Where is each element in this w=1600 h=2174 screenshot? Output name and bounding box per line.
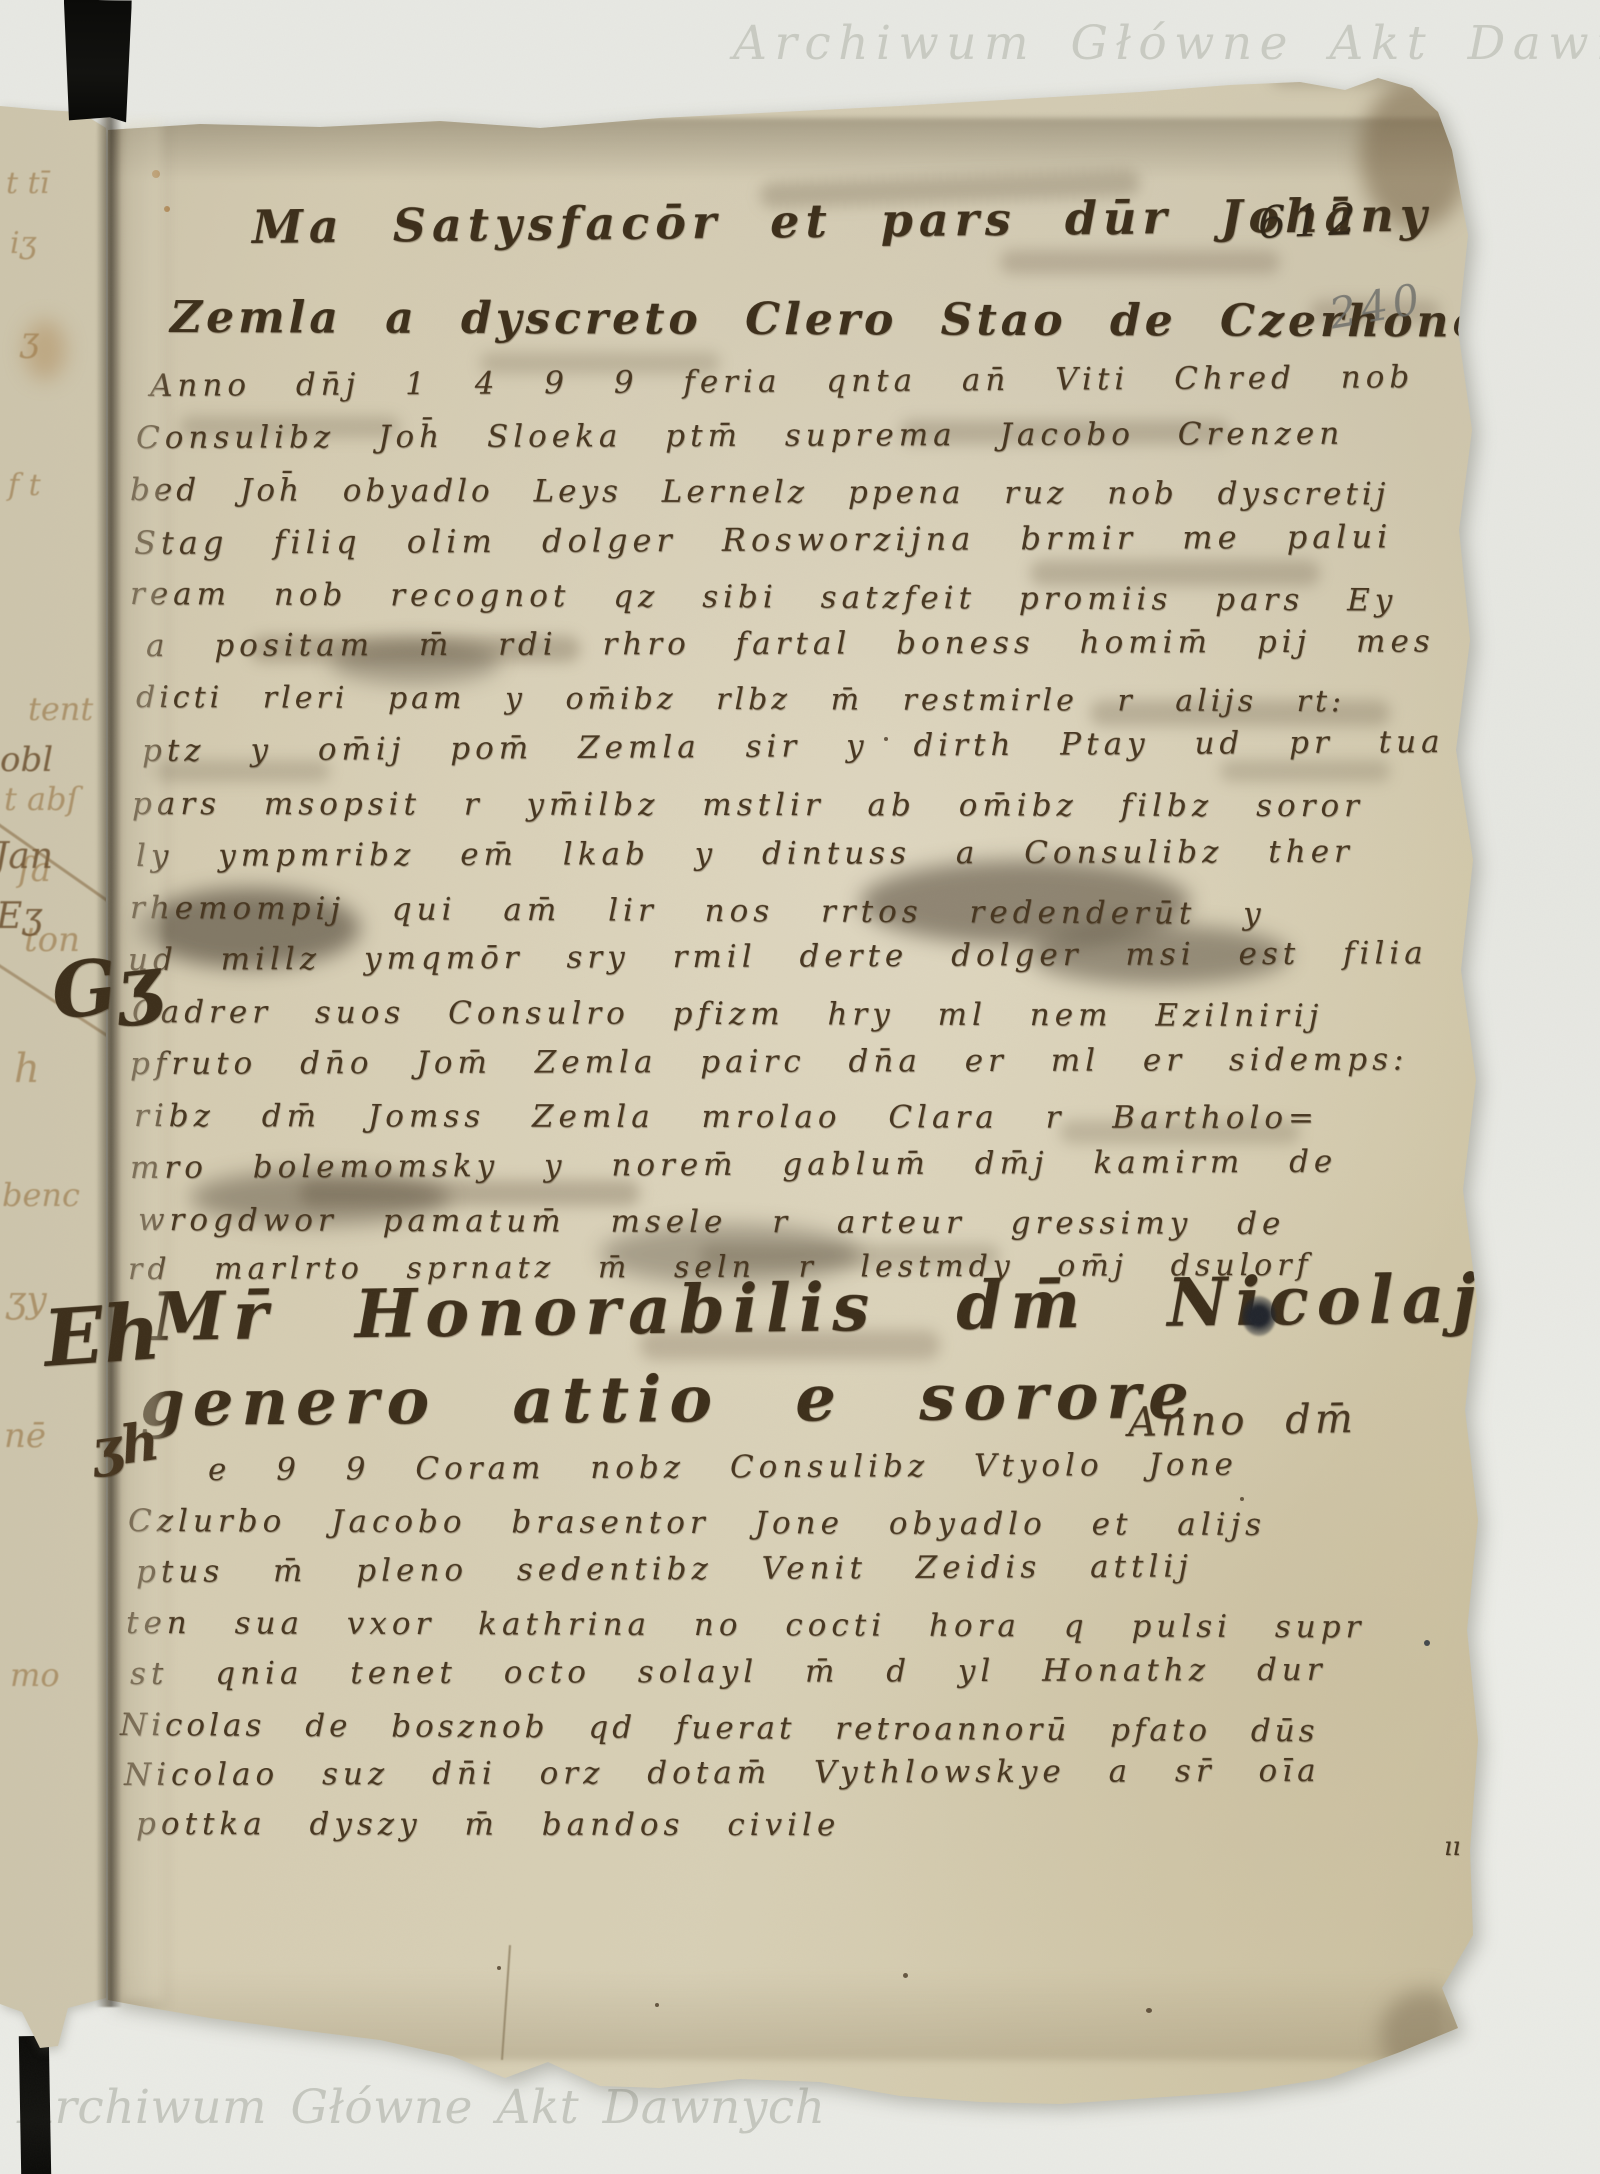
manuscript-line: pottka dyszy m̄ bandos civile bbox=[136, 1806, 840, 1843]
bottom-edge-shading bbox=[120, 1970, 1440, 2060]
manuscript-line: rhemompij qui am̄ lir nos rrtos redender… bbox=[130, 890, 1266, 932]
showthrough-mark bbox=[1000, 250, 1280, 274]
manuscript-line: ud millz ymqmōr sry rmil derte dolger ms… bbox=[128, 935, 1428, 978]
entry1-heading-line: Ma Satysfacōr et pars dūr Johāny bbox=[252, 188, 1433, 254]
entry2-heading-suffix: Anno dm̄ bbox=[1128, 1396, 1358, 1446]
entry2-heading-line: genero attio e sorore bbox=[140, 1359, 1197, 1441]
dirt-speck bbox=[1146, 2008, 1152, 2013]
edge-tick-mark: ıı bbox=[1444, 1832, 1461, 1862]
showthrough-mark bbox=[1220, 760, 1390, 782]
manuscript-line: ribz dm̄ Jomss Zemla mrolao Clara r Bart… bbox=[134, 1098, 1319, 1136]
ink-blot bbox=[1242, 1296, 1276, 1336]
manuscript-page: Ma Satysfacōr et pars dūr Johāny Zemla a… bbox=[0, 0, 1600, 2174]
manuscript-line: Nicolas de bosznob qd fuerat retroannorū… bbox=[120, 1707, 1319, 1749]
manuscript-line: a positam m̄ rdi rhro fartal boness homi… bbox=[146, 624, 1435, 664]
manuscript-line: Anno dn̄j 1 4 9 9 feria qnta an̄ Viti Ch… bbox=[150, 359, 1414, 404]
top-edge-shading bbox=[108, 118, 1468, 180]
margin-flourish: Gʒ bbox=[47, 937, 164, 1037]
dirt-speck bbox=[655, 2003, 659, 2007]
dirt-speck bbox=[903, 1973, 908, 1978]
manuscript-line: Stag filiq olim dolger Rosworzijna brmir… bbox=[134, 517, 1393, 562]
manuscript-line: ream nob recognot qz sibi satzfeit promi… bbox=[130, 576, 1397, 619]
folio-number-ink: 612 bbox=[1257, 194, 1364, 249]
manuscript-line: ten sua vxor kathrina no cocti hora q pu… bbox=[126, 1605, 1366, 1645]
manuscript-line: Cadrer suos Consulro pfizm hry ml nem Ez… bbox=[132, 994, 1323, 1034]
manuscript-line: Nicolao suz dn̄i orz dotam̄ Vythlowskye … bbox=[124, 1753, 1321, 1793]
manuscript-line: pfruto dn̄o Jom̄ Zemla pairc dn̄a er ml … bbox=[130, 1042, 1409, 1082]
showthrough-mark bbox=[1270, 60, 1420, 86]
manuscript-line: ptus m̄ pleno sedentibz Venit Zeidis att… bbox=[136, 1548, 1193, 1590]
margin-flourish: Eh bbox=[41, 1286, 163, 1385]
manuscript-line: wrogdwor pamatum̄ msele r arteur gressim… bbox=[138, 1202, 1285, 1242]
rust-speck bbox=[164, 206, 170, 212]
manuscript-line: pars msopsit r ym̄ilbz mstlir ab om̄ibz … bbox=[132, 786, 1364, 824]
corner-fold-bottom-right bbox=[1380, 1990, 1470, 2080]
archive-scan: Archiwum Główne Akt Dawnych Archiwum Głó… bbox=[0, 0, 1600, 2174]
manuscript-line: bed Joh̄ obyadlo Leys Lernelz ppena ruz … bbox=[130, 472, 1389, 512]
binding-tape-top bbox=[62, 0, 132, 122]
margin-flourish: ʒh bbox=[88, 1411, 163, 1481]
gutter-highlight bbox=[122, 120, 162, 2000]
dirt-speck bbox=[1240, 1497, 1244, 1501]
manuscript-line: ly ympmribz em̄ lkab y dintuss a Consuli… bbox=[136, 834, 1354, 874]
dirt-speck bbox=[1424, 1640, 1430, 1646]
dirt-speck bbox=[497, 1966, 501, 1970]
manuscript-line: st qnia tenet octo solayl m̄ d yl Honath… bbox=[130, 1652, 1327, 1692]
gutter-fold-shadow bbox=[96, 112, 122, 2007]
manuscript-line: Consulibz Joh̄ Sloeka ptm̄ suprema Jacob… bbox=[136, 416, 1344, 456]
manuscript-line: dicti rleri pam y om̄ibz rlbz m̄ restmir… bbox=[136, 680, 1345, 719]
manuscript-line: mro bolemomsky y norem̄ gablum̄ dm̄j kam… bbox=[130, 1144, 1337, 1186]
manuscript-line: e 9 9 Coram nobz Consulibz Vtyolo Jone bbox=[208, 1447, 1238, 1488]
dirt-speck bbox=[884, 737, 888, 741]
manuscript-line: Czlurbo Jacobo brasentor Jone obyadlo et… bbox=[128, 1503, 1266, 1543]
